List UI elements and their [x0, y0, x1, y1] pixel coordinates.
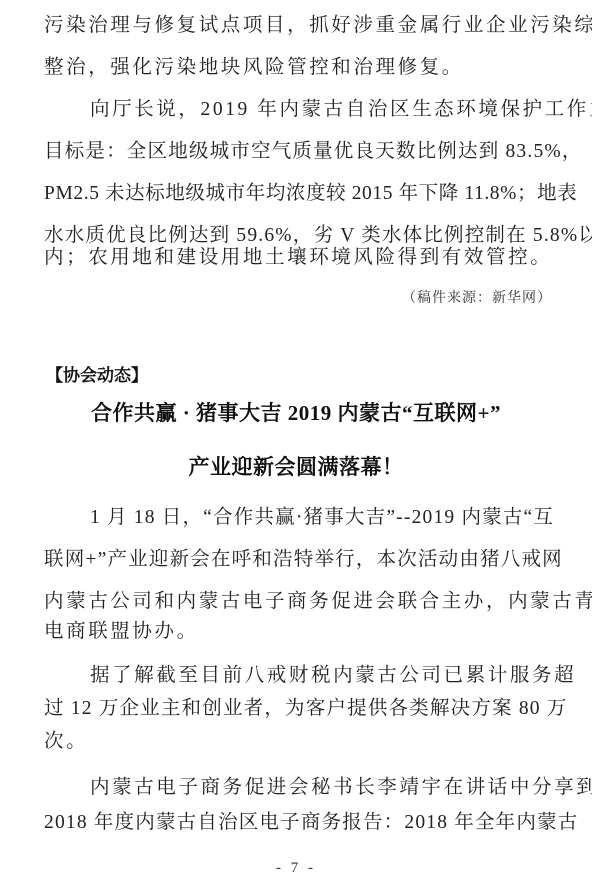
- article-title-line: 合作共赢 · 猪事大吉 2019 内蒙古“互联网+”: [0, 397, 592, 427]
- text-line: PM2.5 未达标地级城市年均浓度较 2015 年下降 11.8%；地表: [44, 182, 554, 206]
- text-line: 据了解截至目前八戒财税内蒙古公司已累计服务超: [90, 664, 592, 688]
- text-line: 水水质优良比例达到 59.6%，劣 V 类水体比例控制在 5.8%以: [44, 224, 554, 248]
- text-line: 次。: [44, 730, 554, 754]
- text-line: 污染治理与修复试点项目，抓好涉重金属行业企业污染综合: [44, 14, 554, 38]
- text-line: 内蒙古电子商务促进会秘书长李靖宇在讲话中分享到: [90, 776, 592, 800]
- text-line: 整治，强化污染地块风险管控和治理修复。: [44, 56, 554, 80]
- text-line: 联网+”产业迎新会在呼和浩特举行，本次活动由猪八戒网: [44, 548, 554, 572]
- text-line: 向厅长说，2019 年内蒙古自治区生态环境保护工作主要: [90, 98, 592, 122]
- text-line: 内蒙古公司和内蒙古电子商务促进会联合主办，内蒙古青年: [44, 590, 554, 614]
- text-line: 内；农用地和建设用地土壤环境风险得到有效管控。: [44, 246, 554, 270]
- section-label: 【协会动态】: [46, 361, 148, 386]
- article-title-line: 产业迎新会圆满落幕！: [0, 451, 592, 481]
- text-line: 电商联盟协办。: [44, 620, 554, 644]
- page-number: - 7 -: [0, 860, 592, 877]
- text-line: 目标是：全区地级城市空气质量优良天数比例达到 83.5%，: [44, 140, 554, 164]
- text-line: 过 12 万企业主和创业者，为客户提供各类解决方案 80 万: [44, 697, 554, 721]
- text-line: 2018 年度内蒙古自治区电子商务报告：2018 年全年内蒙古: [44, 811, 554, 835]
- article-source: （稿件来源：新华网）: [402, 287, 552, 307]
- text-line: 1 月 18 日，“合作共赢·猪事大吉”--2019 内蒙古“互: [90, 506, 592, 530]
